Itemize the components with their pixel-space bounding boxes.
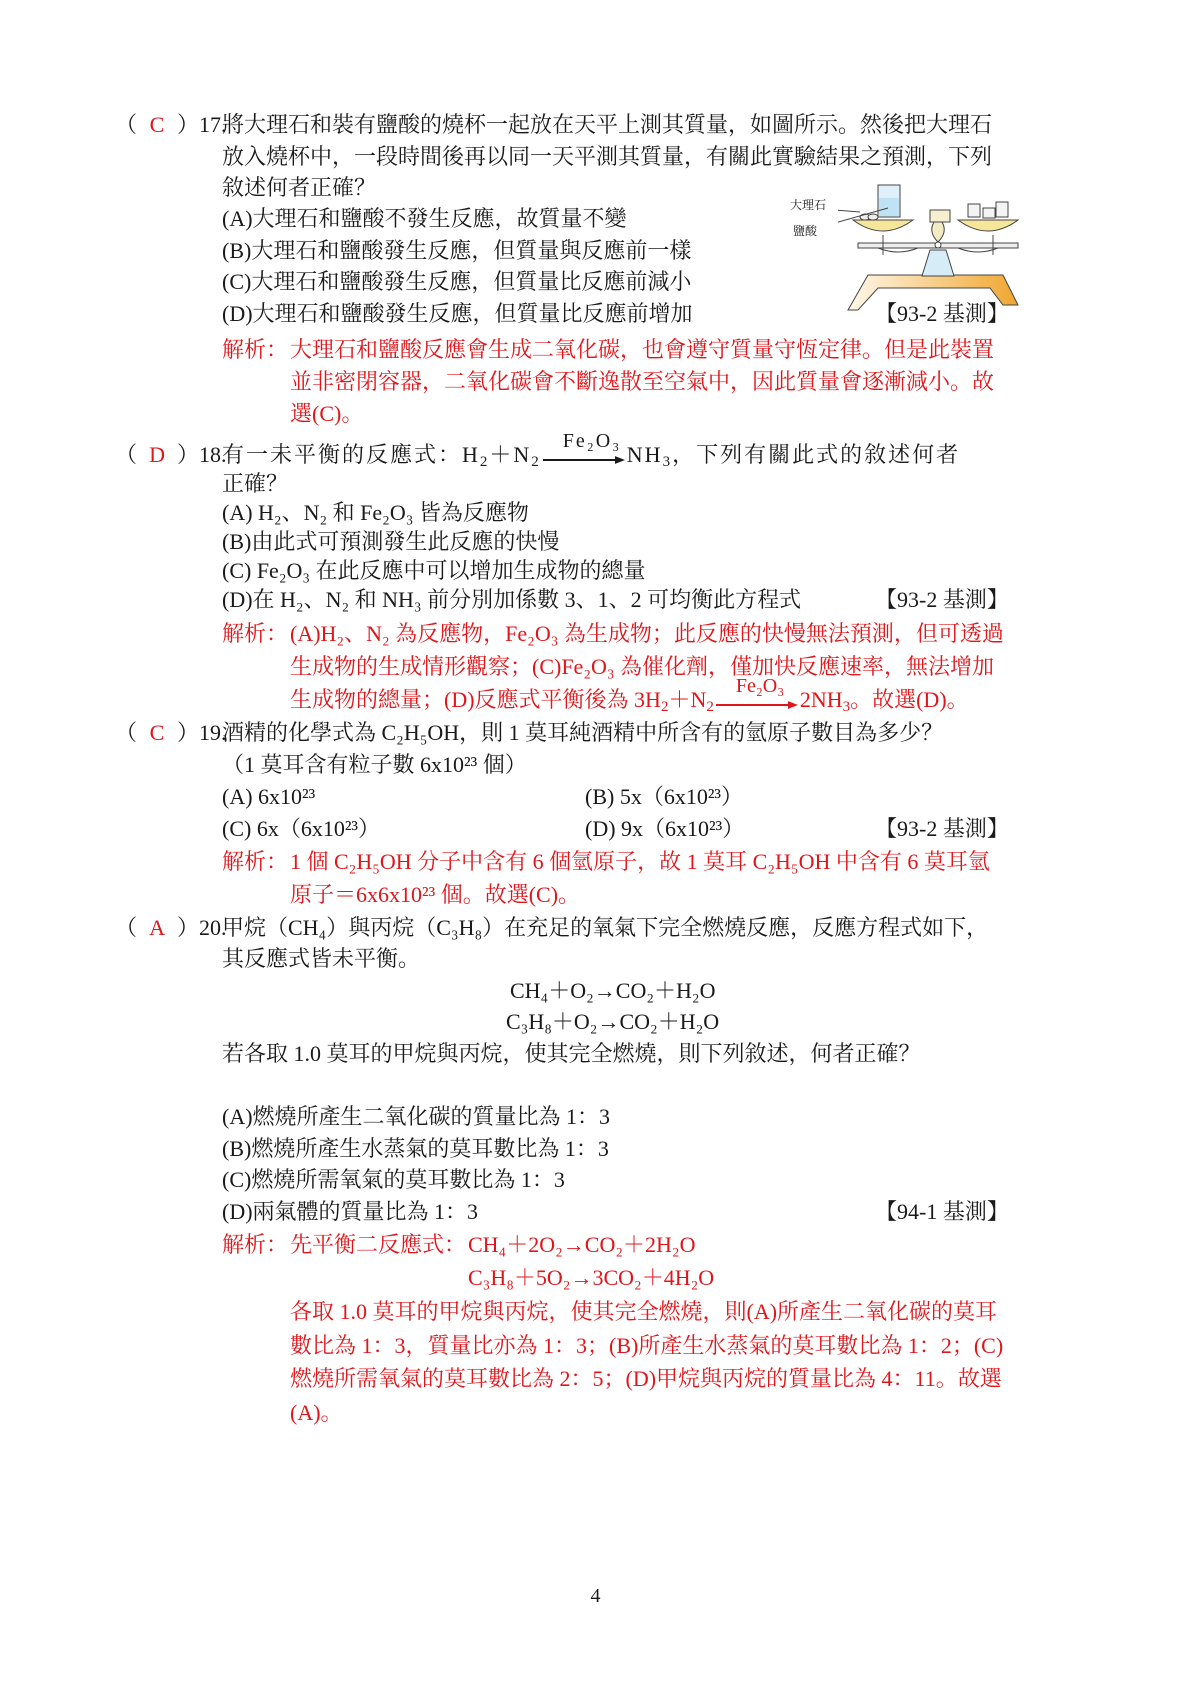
analysis-text: (A)。 xyxy=(290,1398,343,1430)
figure-label-marble: 大理石 xyxy=(790,196,826,213)
answer-slot: （C）19. xyxy=(115,718,227,748)
option-a: (A)燃燒所產生二氧化碳的質量比為 1：3 xyxy=(222,1102,610,1134)
question-stem: （1 莫耳含有粒子數 6x10²³ 個） xyxy=(222,750,527,782)
question-stem: 放入燒杯中，一段時間後再以同一天平測其質量，有關此實驗結果之預測，下列 xyxy=(222,142,992,174)
analysis-suffix: 。故選(D)。 xyxy=(850,687,969,712)
analysis-label: 解析： xyxy=(222,1230,288,1262)
option-d: (D)大理石和鹽酸發生反應，但質量比反應前增加 xyxy=(222,299,693,331)
analysis-text: (A)H₂、N₂ 為反應物，Fe₂O₃ 為生成物；此反應的快慢無法預測，但可透過 xyxy=(290,619,1004,651)
analysis-text: 1 個 C₂H₅OH 分子中含有 6 個氫原子，故 1 莫耳 C₂H₅OH 中含… xyxy=(290,847,990,879)
catalyst-arrow-icon: Fe₂O₃ xyxy=(716,685,798,715)
catalyst-label: Fe₂O₃ xyxy=(736,671,784,701)
analysis-text: 燃燒所需氧氣的莫耳數比為 2：5；(D)甲烷與丙烷的質量比為 4：11。故選 xyxy=(290,1364,1002,1396)
option-b: (B)燃燒所產生水蒸氣的莫耳數比為 1：3 xyxy=(222,1134,609,1166)
question-prompt: 若各取 1.0 莫耳的甲烷與丙烷，使其完全燃燒，則下列敘述，何者正確？ xyxy=(222,1039,921,1071)
analysis-text: 並非密閉容器，二氧化碳會不斷逸散至空氣中，因此質量會逐漸減小。故 xyxy=(290,367,994,399)
exam-source: 【93-2 基測】 xyxy=(875,585,1009,615)
answer-slot: （A）20. xyxy=(115,913,227,943)
stem-suffix: ，下列有關此式的敘述何者 xyxy=(672,442,960,467)
page-number: 4 xyxy=(0,1585,1191,1608)
analysis-text: 生成物的總量；(D)反應式平衡後為 3H2＋N2Fe₂O₃2NH3。故選(D)。 xyxy=(290,685,969,717)
question-stem: 敘述何者正確？ xyxy=(222,173,376,205)
catalyst-arrow-icon: Fe₂O₃ xyxy=(543,440,625,470)
balanced-equation: CH₄＋2O₂→CO₂＋2H₂O xyxy=(468,1230,695,1262)
answer-letter: C xyxy=(137,718,177,748)
option-a: (A) 6x10²³ xyxy=(222,782,315,814)
analysis-text: 生成物的生成情形觀察；(C)Fe₂O₃ 為催化劑，僅加快反應速率，無法增加 xyxy=(290,652,994,684)
exam-source: 【93-2 基測】 xyxy=(875,814,1009,844)
answer-slot: （C）17. xyxy=(115,110,227,140)
option-c: (C) Fe₂O₃ 在此反應中可以增加生成物的總量 xyxy=(222,556,646,588)
analysis-text: 選(C)。 xyxy=(290,399,363,431)
equation: CH₄＋O₂→CO₂＋H₂O xyxy=(510,976,715,1008)
answer-letter: D xyxy=(137,440,177,470)
option-b: (B) 5x（6x10²³） xyxy=(585,782,743,814)
equation-product: NH3 xyxy=(627,442,672,467)
option-a: (A) H₂、N₂ 和 Fe₂O₃ 皆為反應物 xyxy=(222,498,529,530)
balanced-equation: C₃H₈＋5O₂→3CO₂＋4H₂O xyxy=(468,1263,714,1295)
figure-label-acid: 鹽酸 xyxy=(793,222,817,239)
analysis-label: 解析： xyxy=(222,619,288,651)
question-stem: 將大理石和裝有鹽酸的燒杯一起放在天平上測其質量，如圖所示。然後把大理石 xyxy=(222,110,992,142)
analysis-label: 解析： xyxy=(222,847,288,879)
question-stem: 酒精的化學式為 C₂H₅OH，則 1 莫耳純酒精中所含有的氫原子數目為多少？ xyxy=(222,718,943,750)
option-d: (D)兩氣體的質量比為 1：3 xyxy=(222,1197,478,1229)
question-stem: 有一未平衡的反應式：H2＋N2Fe₂O₃NH3，下列有關此式的敘述何者 xyxy=(222,440,960,472)
analysis-text: 數比為 1：3，質量比亦為 1：3；(B)所產生水蒸氣的莫耳數比為 1：2；(C… xyxy=(290,1331,1003,1363)
analysis-prefix: 生成物的總量；(D)反應式平衡後為 xyxy=(290,687,634,712)
answer-letter: C xyxy=(137,110,177,140)
option-d: (D)在 H₂、N₂ 和 NH₃ 前分別加係數 3、1、2 可均衡此方程式 xyxy=(222,585,801,617)
option-d: (D) 9x（6x10²³） xyxy=(585,814,744,846)
stem-prefix: 有一未平衡的反應式： xyxy=(222,442,462,467)
catalyst-label: Fe₂O₃ xyxy=(563,426,621,456)
analysis-text: 各取 1.0 莫耳的甲烷與丙烷，使其完全燃燒，則(A)所產生二氧化碳的莫耳 xyxy=(290,1297,997,1329)
question-stem: 正確？ xyxy=(222,469,288,501)
option-b: (B)大理石和鹽酸發生反應，但質量與反應前一樣 xyxy=(222,236,691,268)
balance-scale-icon xyxy=(838,180,1018,320)
option-a: (A)大理石和鹽酸不發生反應，故質量不變 xyxy=(222,204,627,236)
exam-source: 【94-1 基測】 xyxy=(875,1197,1009,1227)
answer-letter: A xyxy=(137,913,177,943)
question-stem: 其反應式皆未平衡。 xyxy=(222,944,420,976)
option-c: (C)燃燒所需氧氣的莫耳數比為 1：3 xyxy=(222,1165,565,1197)
equation-reactants: H2＋N2 xyxy=(462,442,541,467)
answer-slot: （D）18. xyxy=(115,440,227,470)
analysis-text: 原子＝6x6x10²³ 個。故選(C)。 xyxy=(290,880,580,912)
analysis-label: 解析： xyxy=(222,335,288,367)
equation: C₃H₈＋O₂→CO₂＋H₂O xyxy=(506,1007,719,1039)
question-stem: 甲烷（CH₄）與丙烷（C₃H₈）在充足的氧氣下完全燃燒反應，反應方程式如下， xyxy=(222,913,988,945)
option-b: (B)由此式可預測發生此反應的快慢 xyxy=(222,527,559,559)
option-c: (C)大理石和鹽酸發生反應，但質量比反應前減小 xyxy=(222,267,691,299)
option-c: (C) 6x（6x10²³） xyxy=(222,814,380,846)
analysis-head: 先平衡二反應式： xyxy=(290,1230,466,1262)
analysis-text: 大理石和鹽酸反應會生成二氧化碳，也會遵守質量守恆定律。但是此裝置 xyxy=(290,335,994,367)
